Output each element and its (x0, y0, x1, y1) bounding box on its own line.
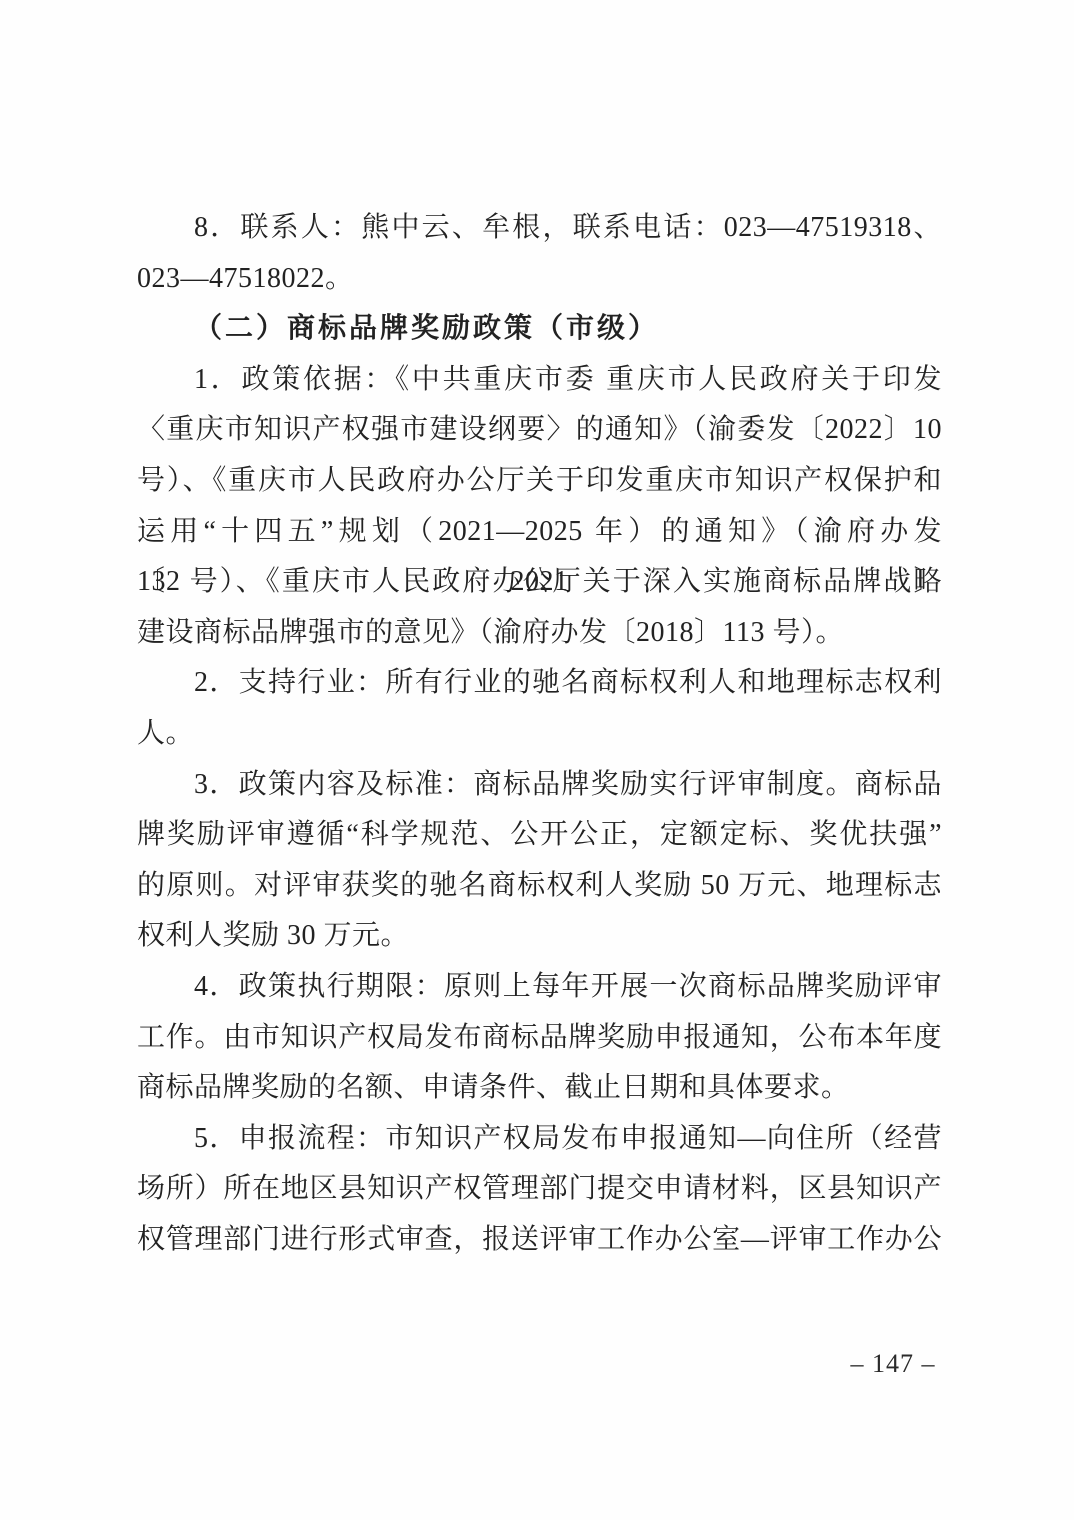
text-line: 1．政策依据：《中共重庆市委 重庆市人民政府关于印发 (137, 355, 942, 406)
text-line: 5．申报流程：市知识产权局发布申报通知—向住所（经营 (137, 1114, 942, 1165)
text-line: 权利人奖励 30 万元。 (137, 911, 942, 962)
text-line: 4．政策执行期限：原则上每年开展一次商标品牌奖励评审 (137, 962, 942, 1013)
text-line: 人。 (137, 709, 942, 760)
section-heading: （二）商标品牌奖励政策（市级） (137, 304, 942, 355)
document-body: 8．联系人：熊中云、牟根，联系电话：023—47519318、023—47518… (137, 203, 942, 1265)
page-number: – 147 – (843, 1349, 943, 1379)
text-line: 8．联系人：熊中云、牟根，联系电话：023—47519318、 (137, 203, 942, 254)
text-line: 运用“十四五”规划（2021—2025 年）的通知》（渝府办发〔2021〕 (137, 507, 942, 558)
text-line: 132 号）、《重庆市人民政府办公厅关于深入实施商标品牌战略 (137, 557, 942, 608)
text-line: 的原则。对评审获奖的驰名商标权利人奖励 50 万元、地理标志 (137, 861, 942, 912)
text-line: 商标品牌奖励的名额、申请条件、截止日期和具体要求。 (137, 1063, 942, 1114)
text-line: 场所）所在地区县知识产权管理部门提交申请材料，区县知识产 (137, 1164, 942, 1215)
text-line: 〈重庆市知识产权强市建设纲要〉的通知》（渝委发〔2022〕10 (137, 405, 942, 456)
document-page: 8．联系人：熊中云、牟根，联系电话：023—47519318、023—47518… (0, 0, 1074, 1520)
text-line: 工作。由市知识产权局发布商标品牌奖励申报通知，公布本年度 (137, 1013, 942, 1064)
text-line: 牌奖励评审遵循“科学规范、公开公正，定额定标、奖优扶强” (137, 810, 942, 861)
text-line: 建设商标品牌强市的意见》（渝府办发〔2018〕113 号）。 (137, 608, 942, 659)
text-line: 2．支持行业：所有行业的驰名商标权利人和地理标志权利 (137, 658, 942, 709)
text-line: 3．政策内容及标准：商标品牌奖励实行评审制度。商标品 (137, 760, 942, 811)
text-line: 权管理部门进行形式审查，报送评审工作办公室—评审工作办公 (137, 1215, 942, 1266)
text-line: 023—47518022。 (137, 254, 942, 305)
text-line: 号）、《重庆市人民政府办公厅关于印发重庆市知识产权保护和 (137, 456, 942, 507)
